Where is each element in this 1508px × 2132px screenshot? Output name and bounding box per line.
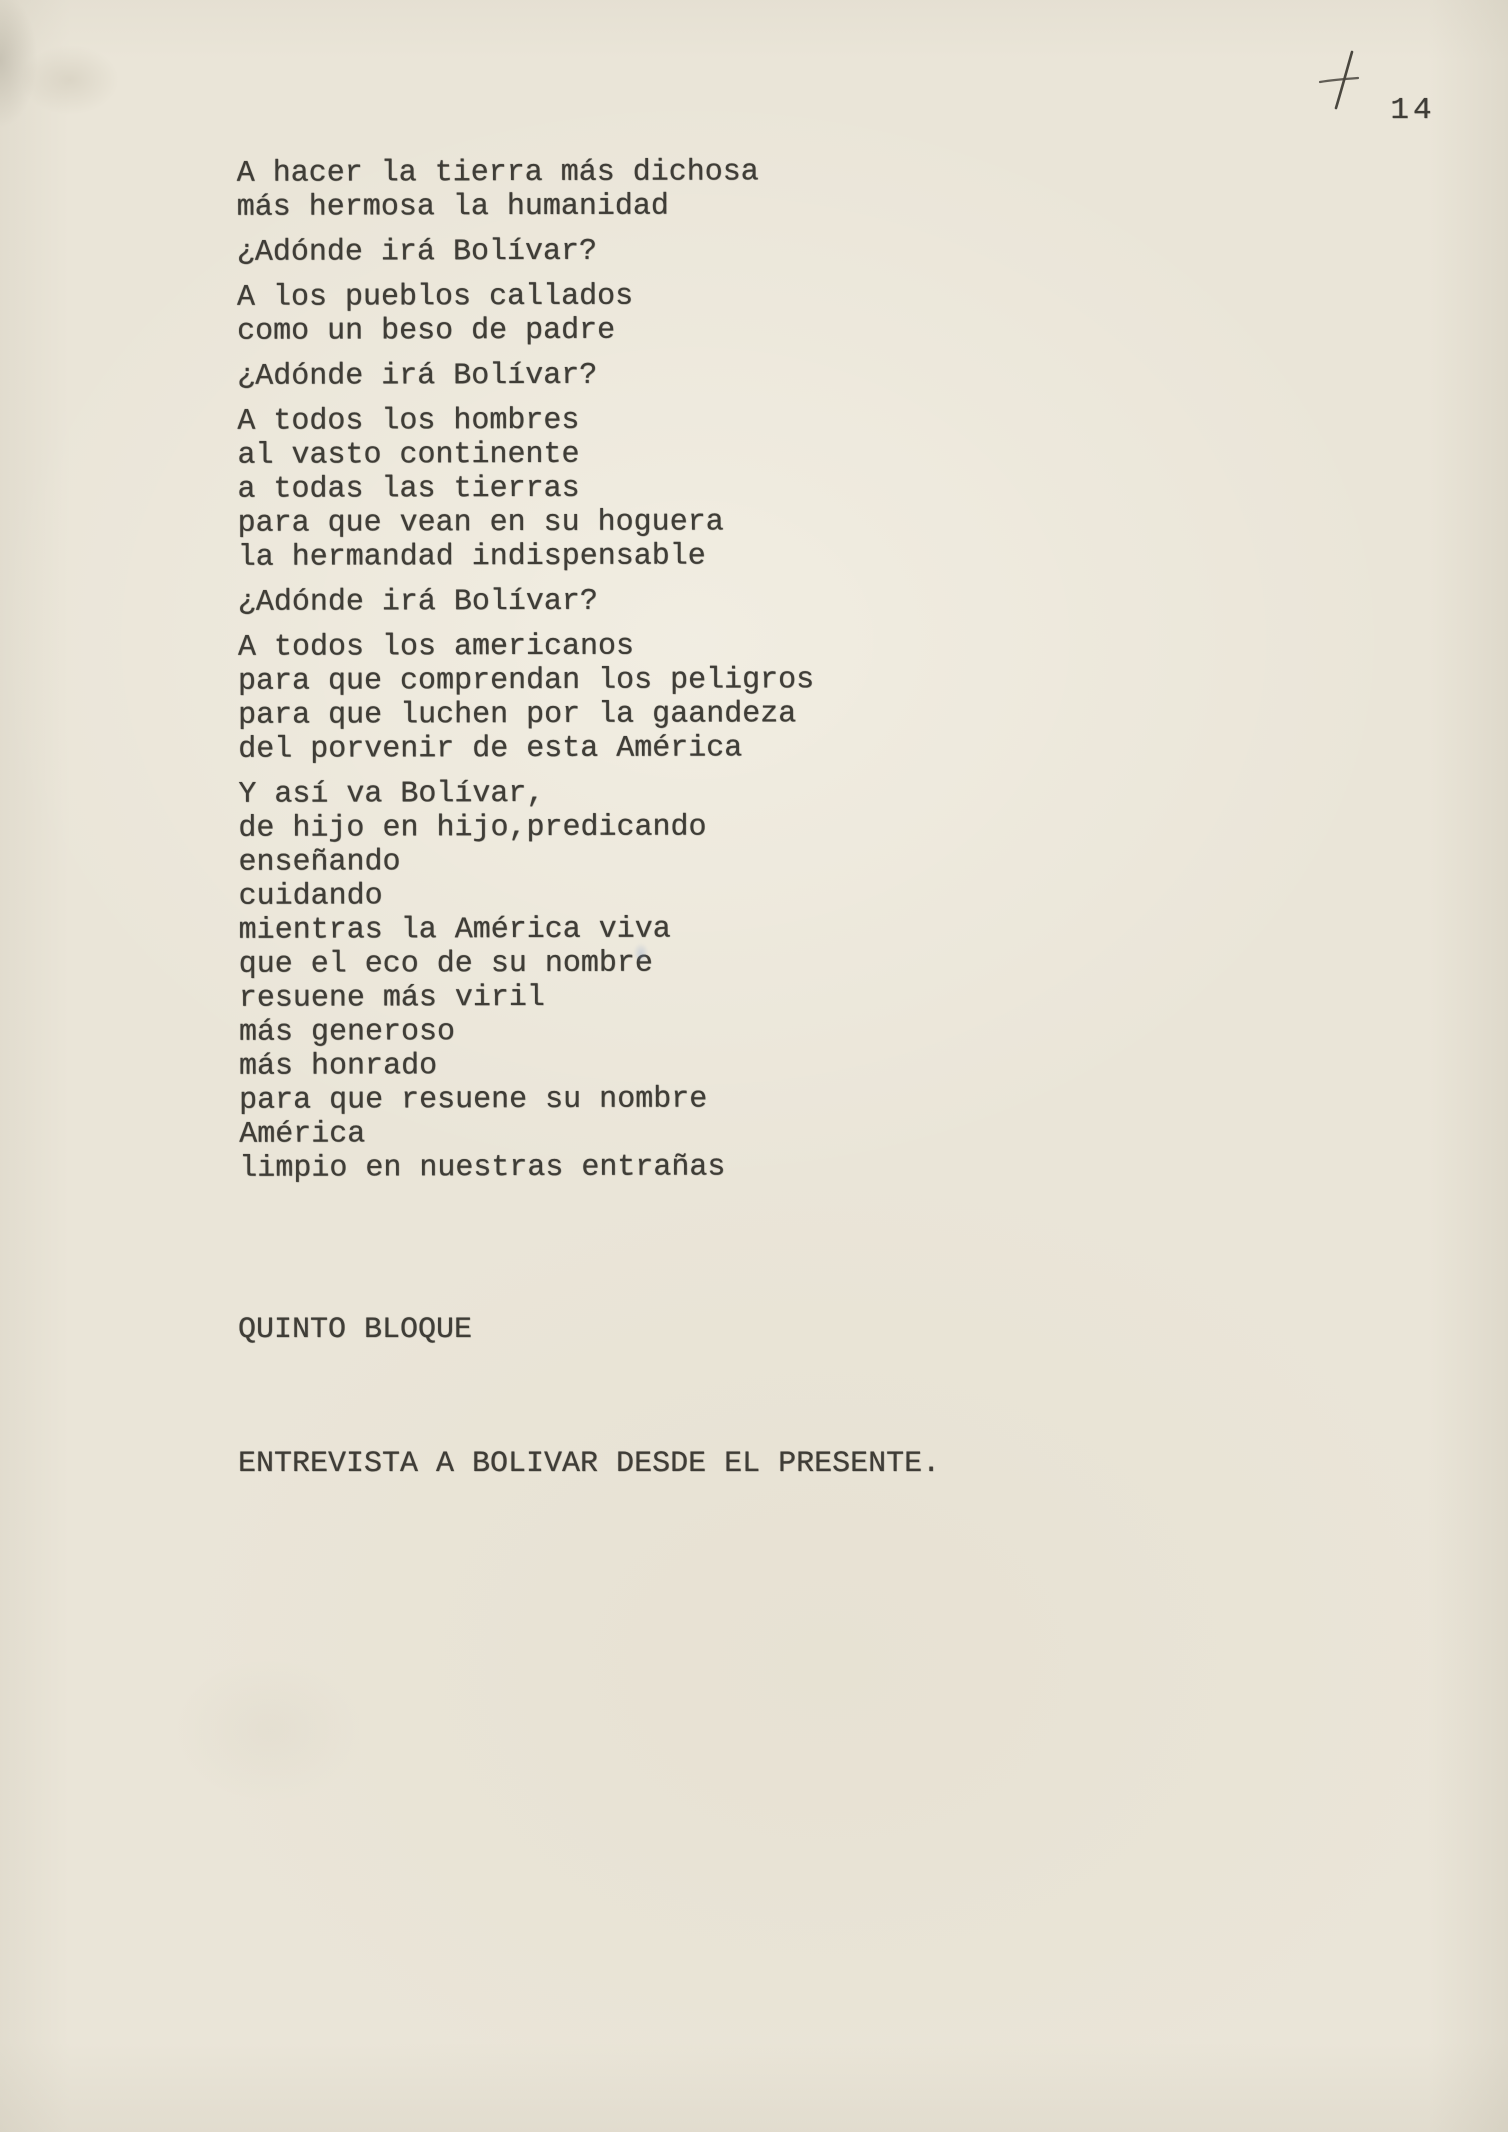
poem-line: la hermandad indispensable (238, 539, 814, 575)
stanza: ¿Adónde irá Bolívar? (237, 358, 813, 394)
page-number: 14 (1300, 58, 1436, 198)
poem-line: cuidando (239, 878, 815, 914)
handwritten-slash-icon (1314, 44, 1364, 114)
poem-line: ¿Adónde irá Bolívar? (238, 584, 814, 620)
stanza: ¿Adónde irá Bolívar? (237, 234, 813, 270)
poem-line: para que vean en su hoguera (238, 505, 814, 541)
stanza: A los pueblos calladoscomo un beso de pa… (237, 279, 813, 349)
section-heading: QUINTO BLOQUE (238, 1313, 940, 1347)
faint-ink-ghost (628, 938, 654, 968)
document-page: 14 A hacer la tierra más dichosamás herm… (0, 0, 1508, 2132)
poem-line: ¿Adónde irá Bolívar? (237, 234, 813, 270)
poem-line: A hacer la tierra más dichosa (237, 155, 813, 191)
poem-line: de hijo en hijo,predicando (238, 810, 814, 846)
poem-line: para que comprendan los peligros (238, 663, 814, 699)
page-number-text: 14 (1390, 93, 1435, 128)
poem-line: América (239, 1116, 815, 1152)
poem-line: limpio en nuestras entrañas (239, 1150, 815, 1186)
poem: A hacer la tierra más dichosamás hermosa… (237, 155, 816, 1197)
stanza: A hacer la tierra más dichosamás hermosa… (237, 155, 813, 225)
poem-line: A los pueblos callados (237, 279, 813, 315)
section-subheading: ENTREVISTA A BOLIVAR DESDE EL PRESENTE. (238, 1447, 940, 1481)
section-heading-block: QUINTO BLOQUE ENTREVISTA A BOLIVAR DESDE… (238, 1245, 940, 1549)
stanza: A todos los americanospara que comprenda… (238, 629, 814, 767)
paper-smudge (120, 1600, 420, 1860)
poem-line: mientras la América viva (239, 912, 815, 948)
poem-line: para que luchen por la gaandeza (238, 697, 814, 733)
poem-line: resuene más viril (239, 980, 815, 1016)
poem-line: ¿Adónde irá Bolívar? (237, 358, 813, 394)
poem-line: del porvenir de esta América (238, 731, 814, 767)
poem-line: más generoso (239, 1014, 815, 1050)
poem-line: al vasto continente (237, 437, 813, 473)
poem-line: que el eco de su nombre (239, 946, 815, 982)
stanza: A todos los hombresal vasto continentea … (237, 403, 814, 575)
poem-line: a todas las tierras (237, 471, 813, 507)
poem-line: enseñando (238, 844, 814, 880)
poem-line: A todos los hombres (237, 403, 813, 439)
poem-line: para que resuene su nombre (239, 1082, 815, 1118)
poem-line: como un beso de padre (237, 313, 813, 349)
poem-line: más hermosa la humanidad (237, 189, 813, 225)
poem-line: A todos los americanos (238, 629, 814, 665)
poem-line: más honrado (239, 1048, 815, 1084)
stanza: Y así va Bolívar,de hijo en hijo,predica… (238, 776, 815, 1186)
stanza: ¿Adónde irá Bolívar? (238, 584, 814, 620)
poem-line: Y así va Bolívar, (238, 776, 814, 812)
